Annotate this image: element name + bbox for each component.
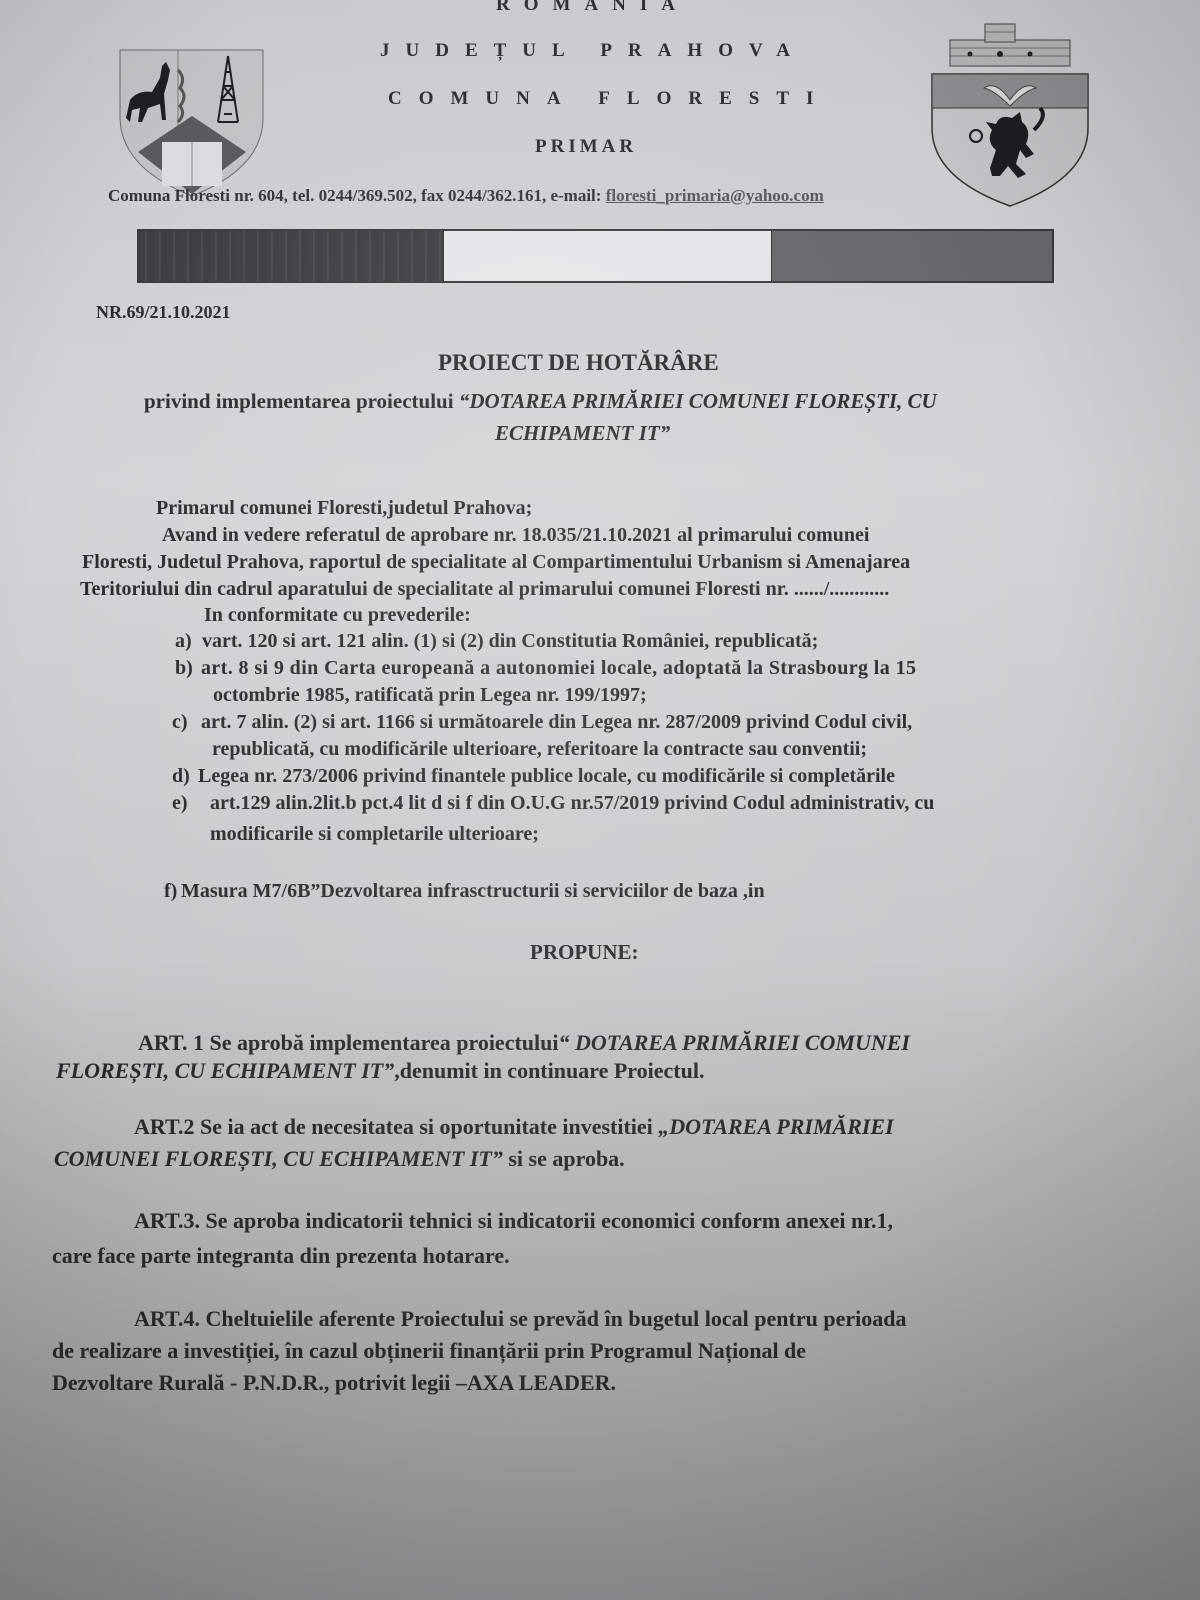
preamble-line: Teritoriului din cadrul aparatului de sp…: [80, 578, 889, 601]
header-county: JUDEȚUL PRAHOVA: [380, 40, 806, 62]
article-1-text: ART. 1 Se aprobă implementarea proiectul…: [138, 1030, 558, 1055]
article-2: ART.2 Se ia act de necesitatea si oportu…: [134, 1114, 894, 1140]
document-page: ROMANIA JUDEȚUL PRAHOVA COMUNA FLORESTI …: [0, 0, 1200, 1600]
provision-label: a): [175, 630, 192, 653]
article-3: ART.3. Se aproba indicatorii tehnici si …: [134, 1208, 893, 1234]
contact-line: Comuna Floresti nr. 604, tel. 0244/369.5…: [108, 186, 824, 206]
prahova-county-coat-of-arms-icon: [118, 48, 268, 198]
article-1: ART. 1 Se aprobă implementarea proiectul…: [138, 1030, 910, 1056]
provision-text: Legea nr. 273/2006 privind finantele pub…: [198, 765, 895, 788]
article-2-project-name: „DOTAREA PRIMĂRIEI: [658, 1114, 893, 1139]
floresti-commune-coat-of-arms-icon: [930, 18, 1090, 208]
article-1-cont: FLOREȘTI, CU ECHIPAMENT IT”,denumit in c…: [56, 1058, 704, 1084]
article-4: ART.4. Cheltuielile aferente Proiectului…: [134, 1306, 906, 1332]
subtitle-prefix: privind implementarea proiectului: [144, 389, 459, 413]
provision-text: art.129 alin.2lit.b pct.4 lit d si f din…: [210, 792, 934, 815]
provision-text: republicată, cu modificările ulterioare,…: [212, 738, 867, 761]
band-dark-segment: [139, 231, 443, 281]
subtitle-project-name-cont: ECHIPAMENT IT”: [495, 421, 670, 446]
article-3-cont: care face parte integranta din prezenta …: [52, 1243, 510, 1269]
provision-text: octombrie 1985, ratificată prin Legea nr…: [213, 684, 647, 707]
band-grey-segment: [772, 231, 1052, 281]
article-2-project-name-cont: COMUNEI FLOREȘTI, CU ECHIPAMENT IT”: [54, 1146, 503, 1171]
article-2-text: ART.2 Se ia act de necesitatea si oportu…: [134, 1114, 658, 1139]
provision-text: vart. 120 si art. 121 alin. (1) si (2) d…: [202, 630, 818, 653]
document-subtitle: privind implementarea proiectului “DOTAR…: [144, 389, 937, 414]
flag-band: [137, 229, 1054, 283]
article-2-cont: COMUNEI FLOREȘTI, CU ECHIPAMENT IT” si s…: [54, 1146, 625, 1172]
document-number: NR.69/21.10.2021: [96, 302, 231, 323]
provision-label: c): [172, 711, 188, 734]
subtitle-project-name: “DOTAREA PRIMĂRIEI COMUNEI FLOREȘTI, CU: [459, 389, 937, 413]
provision-label: b): [175, 657, 193, 680]
header-country: ROMANIA: [496, 0, 689, 16]
provision-text: Masura M7/6B”Dezvoltarea infrasctructuri…: [181, 880, 765, 903]
document-title: PROIECT DE HOTĂRÂRE: [438, 350, 719, 376]
propune-heading: PROPUNE:: [530, 940, 639, 965]
preamble-line: In conformitate cu prevederile:: [204, 604, 471, 627]
article-1-project-name-cont: FLOREȘTI, CU ECHIPAMENT IT”: [56, 1058, 394, 1083]
provision-text: art. 7 alin. (2) si art. 1166 si următoa…: [201, 711, 912, 734]
contact-address: Comuna Floresti nr. 604, tel. 0244/369.5…: [108, 186, 606, 205]
provision-text: modificarile si completarile ulterioare;: [210, 823, 539, 846]
article-1-project-name: “ DOTAREA PRIMĂRIEI COMUNEI: [558, 1030, 910, 1055]
preamble-line: Avand in vedere referatul de aprobare nr…: [162, 524, 869, 547]
header-commune: COMUNA FLORESTI: [388, 88, 830, 110]
provision-label: d): [172, 765, 190, 788]
preamble-line: Floresti, Judetul Prahova, raportul de s…: [82, 551, 910, 574]
article-4-cont: Dezvoltare Rurală - P.N.D.R., potrivit l…: [52, 1370, 616, 1396]
provision-label: f): [164, 880, 177, 903]
article-4-cont: de realizare a investiției, în cazul obț…: [52, 1338, 806, 1364]
preamble-line: Primarul comunei Floresti,judetul Prahov…: [156, 497, 532, 520]
band-light-segment: [443, 231, 772, 281]
email-link[interactable]: floresti_primaria@yahoo.com: [606, 186, 824, 205]
provision-label: e): [172, 792, 188, 815]
header-office: PRIMAR: [535, 136, 637, 158]
article-1-text-cont: ,denumit in continuare Proiectul.: [394, 1058, 704, 1083]
article-2-text-cont: si se aproba.: [503, 1146, 625, 1171]
provision-text: art. 8 si 9 din Carta europeană a autono…: [201, 657, 916, 680]
